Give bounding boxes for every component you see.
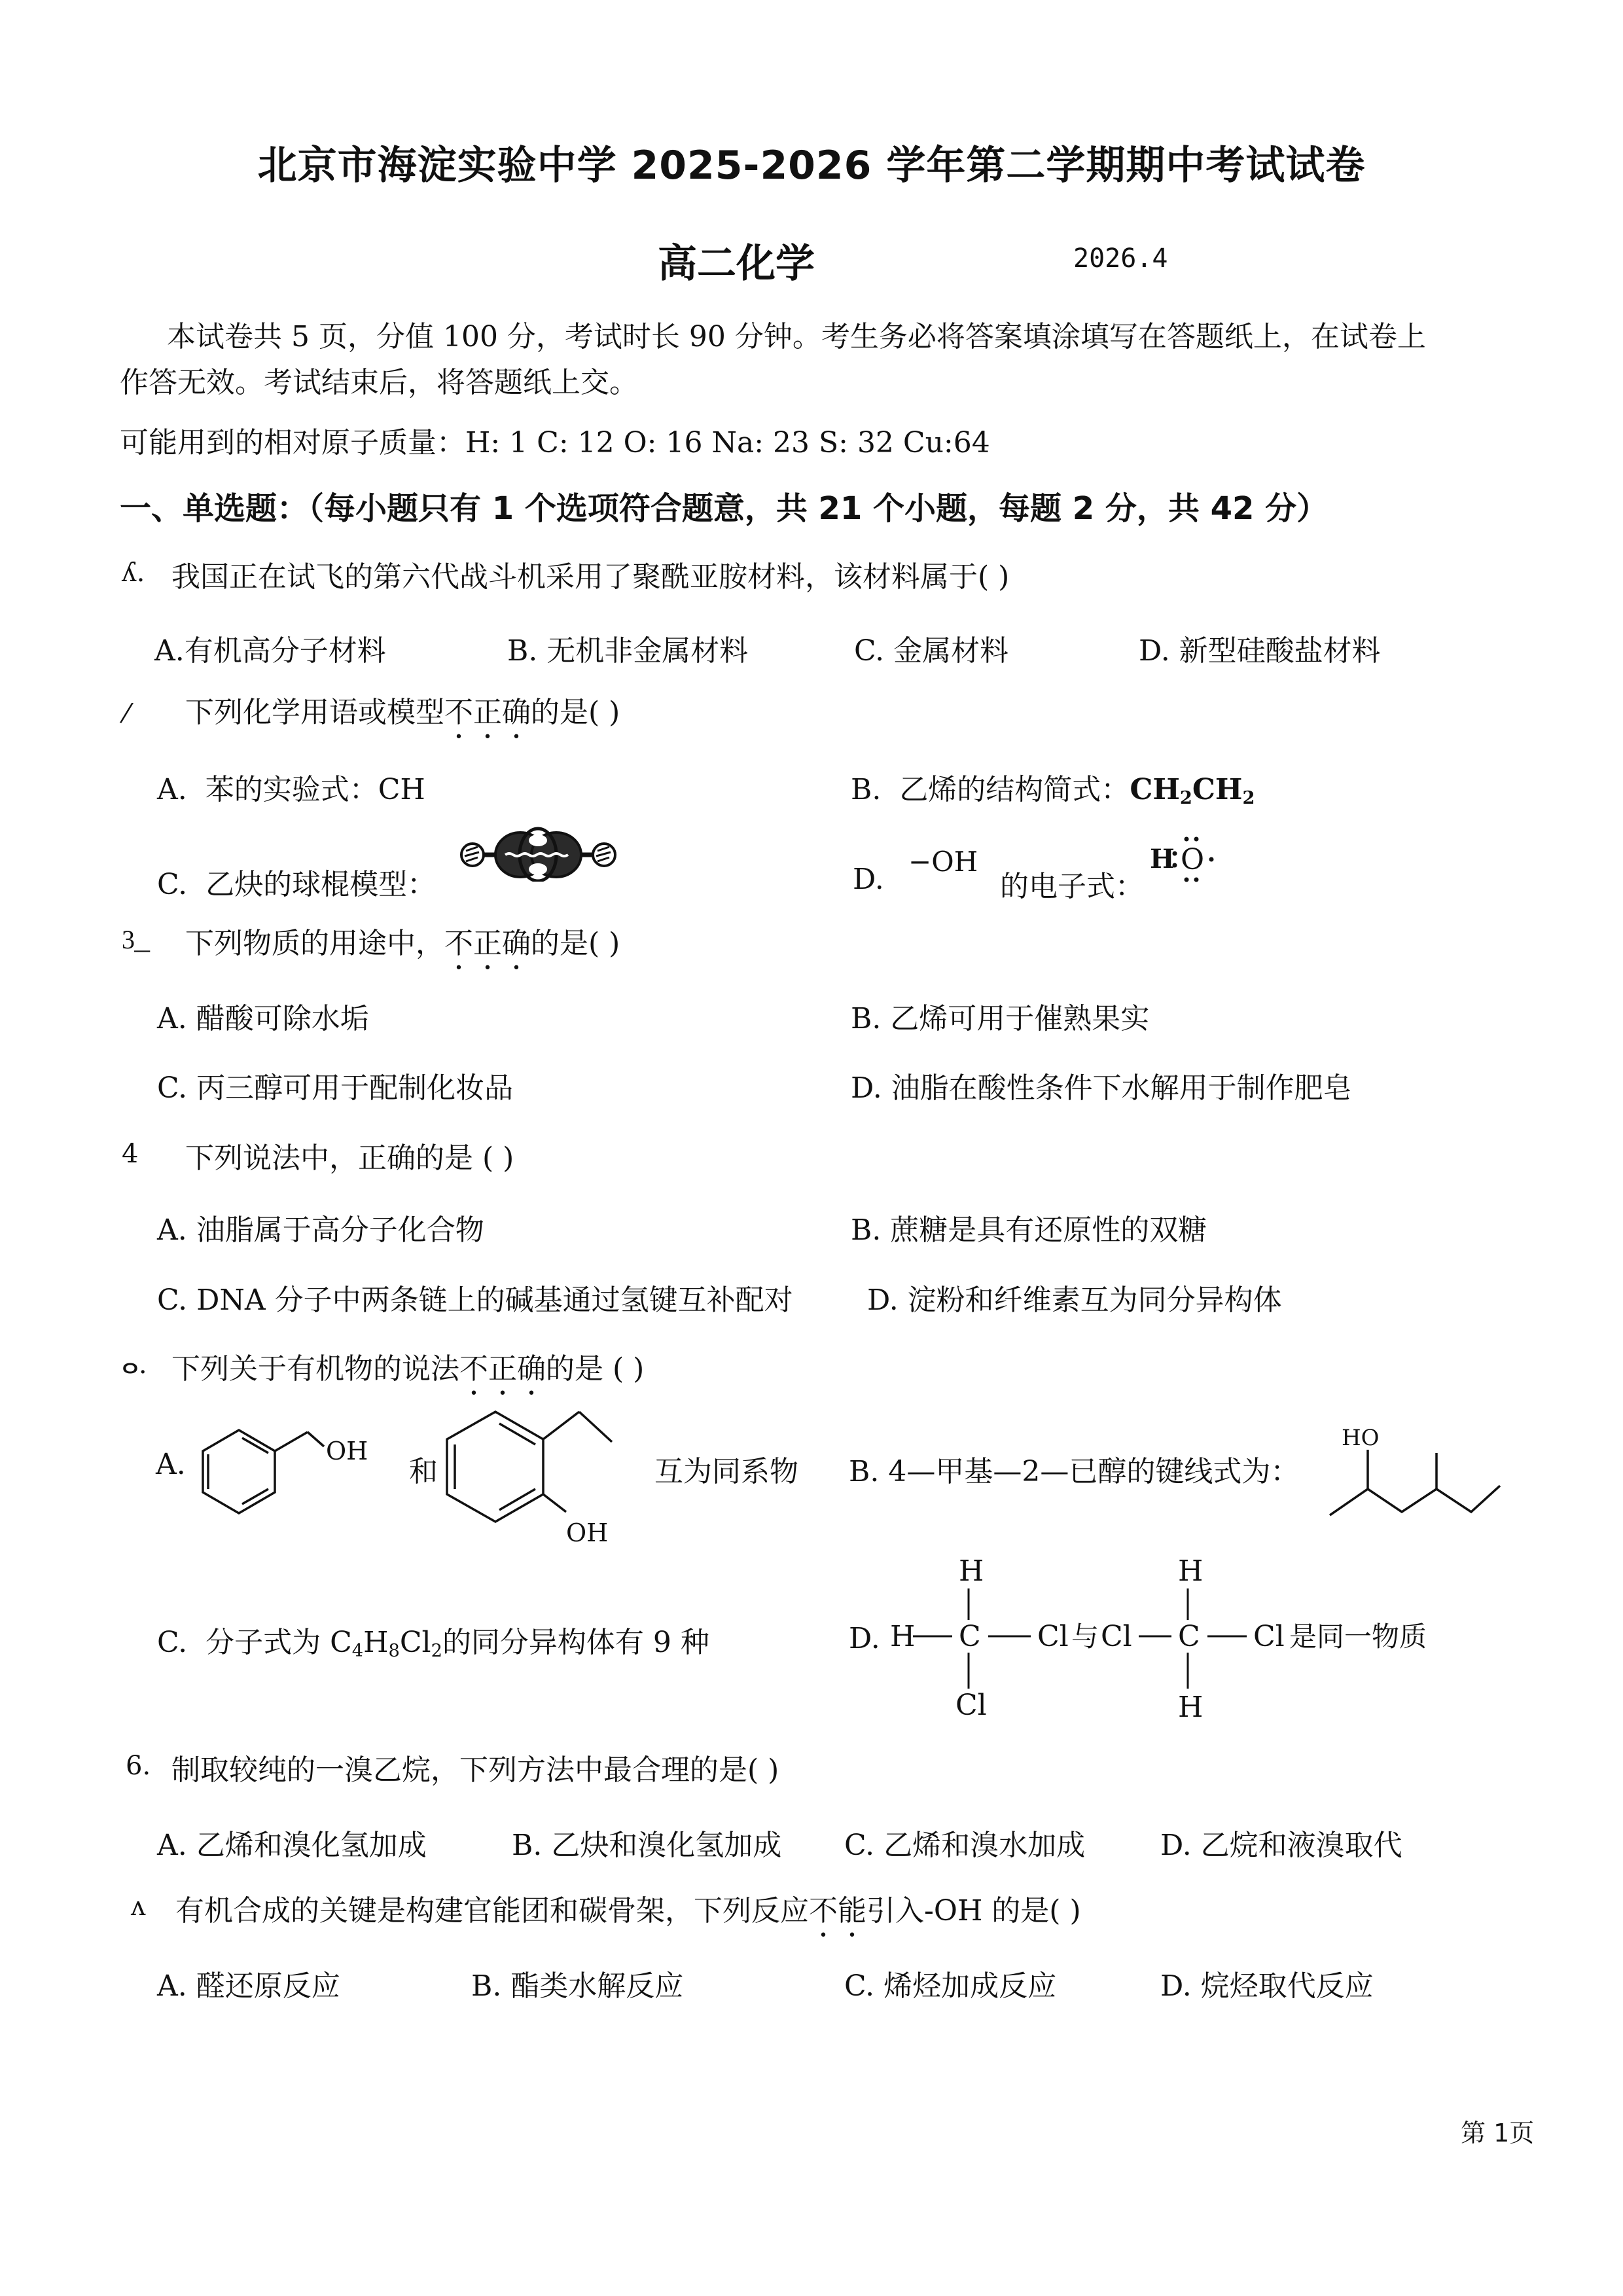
exam-title: 北京市海淀实验中学 2025-2026 学年第二学期期中考试试卷 (0, 134, 1623, 190)
option-d: D. 乙烷和液溴取代 (1160, 1821, 1402, 1863)
option-b: B. 蔗糖是具有还原性的双糖 (851, 1206, 1207, 1248)
option-b: B. 4—甲基—2—已醇的键线式为： (849, 1448, 1299, 1490)
acetylene-ball-stick-model-icon (458, 826, 618, 882)
option-a: A. 苯的实验式：CH (157, 766, 425, 808)
oh-label: OH (566, 1518, 608, 1547)
atom-c: C (1178, 1620, 1200, 1653)
emphasis-text: 不能 (809, 1894, 866, 1928)
element: H (363, 1626, 388, 1659)
lewis-o: O (1181, 843, 1204, 876)
option-b: B. 无机非金属材料 (507, 627, 748, 669)
option-a: A.有机高分子材料 (154, 627, 386, 669)
emphasis-text: 不正确 (444, 927, 531, 960)
hydroxyl-group-label: −OH (908, 846, 978, 878)
option-label: A. (157, 773, 187, 806)
stem-text: 引入-OH 的是( ) (866, 1894, 1081, 1928)
stem-text: 有机合成的关键是构建官能团和碳骨架，下列反应 (175, 1894, 809, 1928)
option-b: B. 酯类水解反应 (471, 1962, 683, 2004)
atom-h: H (1178, 1691, 1203, 1724)
section-1-heading: 一、单选题：（每小题只有 1 个选项符合题意，共 21 个小题，每题 2 分，共… (120, 483, 1328, 528)
option-label: B. (851, 773, 881, 806)
option-label: C. (157, 868, 187, 901)
question-stem: 下列关于有机物的说法不正确的是 ( ) (171, 1345, 644, 1402)
option-text: 乙炔的球棍模型： (205, 868, 436, 901)
option-d-label: D. (849, 1622, 880, 1655)
stem-text: 下列化学用语或模型 (185, 696, 444, 729)
connector-text: 与 (1071, 1621, 1099, 1653)
emphasis-text: 不正确 (444, 696, 531, 729)
stem-text: 的是 ( ) (546, 1352, 644, 1386)
exam-date: 2026.4 (1073, 243, 1168, 274)
option-text: 的同分异构体有 9 种 (442, 1626, 709, 1659)
option-text: 的电子式： (1000, 863, 1144, 905)
stem-text: 下列物质的用途中， (185, 927, 444, 960)
atomic-masses-values: H: 1 C: 12 O: 16 Na: 23 S: 32 Cu:64 (465, 426, 990, 459)
question-number: ⁄ (124, 699, 129, 729)
option-label: D. (853, 863, 884, 896)
atom-cl: Cl (1253, 1620, 1285, 1653)
atomic-masses: 可能用到的相对原子质量：H: 1 C: 12 O: 16 Na: 23 S: 3… (120, 419, 990, 461)
dichloromethane-structural-formulas-icon: H C Cl H Cl 与 Cl C Cl H H 是同一物质 (890, 1554, 1427, 1728)
option-d: D. 烷烃取代反应 (1160, 1962, 1374, 2004)
atom-h: H (890, 1620, 915, 1653)
element: Cl (400, 1626, 431, 1659)
option-a: A. 醛还原反应 (157, 1962, 340, 2004)
emphasis-text: 不正确 (459, 1352, 546, 1386)
question-number: 3͟ (122, 924, 135, 955)
formula-ch2ch2: CH2CH2 (1130, 773, 1255, 806)
ho-label: HO (1342, 1425, 1380, 1451)
subscript: 8 (388, 1641, 399, 1661)
benzyl-alcohol-structure-icon: OH (190, 1401, 425, 1558)
stem-text: 的是( ) (531, 927, 620, 960)
hydroxyl-electron-dot-structure-icon: H O (1149, 830, 1234, 889)
option-c: C. 乙烯和溴水加成 (844, 1821, 1085, 1863)
option-c: C. DNA 分子中两条链上的碱基通过氢键互补配对 (157, 1276, 793, 1318)
option-text: 分子式为 C (205, 1626, 352, 1659)
oh-label: OH (326, 1437, 368, 1465)
atom-cl: Cl (1037, 1620, 1069, 1653)
option-c: C. 金属材料 (854, 627, 1008, 669)
option-b: B. 乙烯可用于催熟果实 (851, 995, 1149, 1037)
question-stem: 制取较纯的一溴乙烷，下列方法中最合理的是( ) (171, 1746, 779, 1788)
question-stem: 我国正在试飞的第六代战斗机采用了聚酰亚胺材料，该材料属于( ) (171, 553, 1009, 595)
question-number: ʌ (131, 1892, 146, 1922)
atom-cl: Cl (1101, 1620, 1132, 1653)
option-text: 苯的实验式：CH (205, 773, 425, 806)
option-a: A. 油脂属于高分子化合物 (157, 1206, 484, 1248)
atom-cl: Cl (955, 1689, 987, 1722)
option-label: B. (849, 1455, 879, 1488)
option-text: 4—甲基—2—已醇的键线式为： (888, 1455, 1299, 1488)
subject-title: 高二化学 (658, 232, 815, 289)
option-text: 是同一物质 (1289, 1621, 1427, 1653)
option-c: C. 分子式为 C4H8Cl2的同分异构体有 9 种 (157, 1619, 709, 1661)
subscript: 2 (431, 1641, 442, 1661)
stem-text: 的是( ) (531, 696, 620, 729)
ethylphenol-structure-icon: OH (442, 1397, 658, 1561)
atom-h: H (959, 1554, 984, 1588)
lewis-h: H (1150, 844, 1175, 874)
option-d: D. 油脂在酸性条件下水解用于制作肥皂 (851, 1064, 1352, 1106)
instructions-line-1: 本试卷共 5 页，分值 100 分，考试时长 90 分钟。考生务必将答案填涂填写… (167, 313, 1426, 355)
connector-text: 和 (409, 1448, 438, 1490)
atom-h: H (1178, 1554, 1203, 1588)
subscript: 4 (352, 1641, 363, 1661)
option-c: C. 乙炔的球棍模型： (157, 861, 436, 903)
question-number: ʎ. (122, 558, 145, 588)
option-d: D. (853, 863, 884, 896)
option-d: D. 新型硅酸盐材料 (1139, 627, 1381, 669)
question-stem: 有机合成的关键是构建官能团和碳骨架，下列反应不能引入-OH 的是( ) (175, 1887, 1081, 1944)
question-stem: 下列说法中，正确的是 ( ) (185, 1134, 514, 1176)
stem-text: 下列关于有机物的说法 (171, 1352, 459, 1386)
option-a-text: 互为同系物 (654, 1448, 798, 1490)
option-c: C. 丙三醇可用于配制化妆品 (157, 1064, 513, 1106)
option-a-label: A. (156, 1448, 186, 1481)
question-number: 6. (126, 1751, 151, 1781)
option-text: 乙烯的结构简式： (899, 773, 1130, 806)
option-a: A. 乙烯和溴化氢加成 (157, 1821, 427, 1863)
question-number: ⴰ. (122, 1350, 147, 1380)
option-b: B. 乙炔和溴化氢加成 (512, 1821, 781, 1863)
option-label: C. (157, 1626, 187, 1659)
atom-c: C (959, 1620, 981, 1653)
option-c: C. 烯烃加成反应 (844, 1962, 1056, 2004)
option-a: A. 醋酸可除水垢 (157, 995, 369, 1037)
question-stem: 下列物质的用途中，不正确的是( ) (185, 920, 620, 977)
question-number: 4 (122, 1139, 138, 1169)
option-b: B. 乙烯的结构简式：CH2CH2 (851, 766, 1255, 808)
option-d: D. 淀粉和纤维素互为同分异构体 (867, 1276, 1282, 1318)
question-stem: 下列化学用语或模型不正确的是( ) (185, 689, 620, 745)
atomic-masses-label: 可能用到的相对原子质量： (120, 426, 465, 459)
page-number: 第 1页 (1461, 2113, 1534, 2149)
instructions-line-2: 作答无效。考试结束后，将答题纸上交。 (120, 359, 638, 401)
4-methyl-2-hexanol-skeletal-structure-icon: HO (1322, 1420, 1538, 1532)
